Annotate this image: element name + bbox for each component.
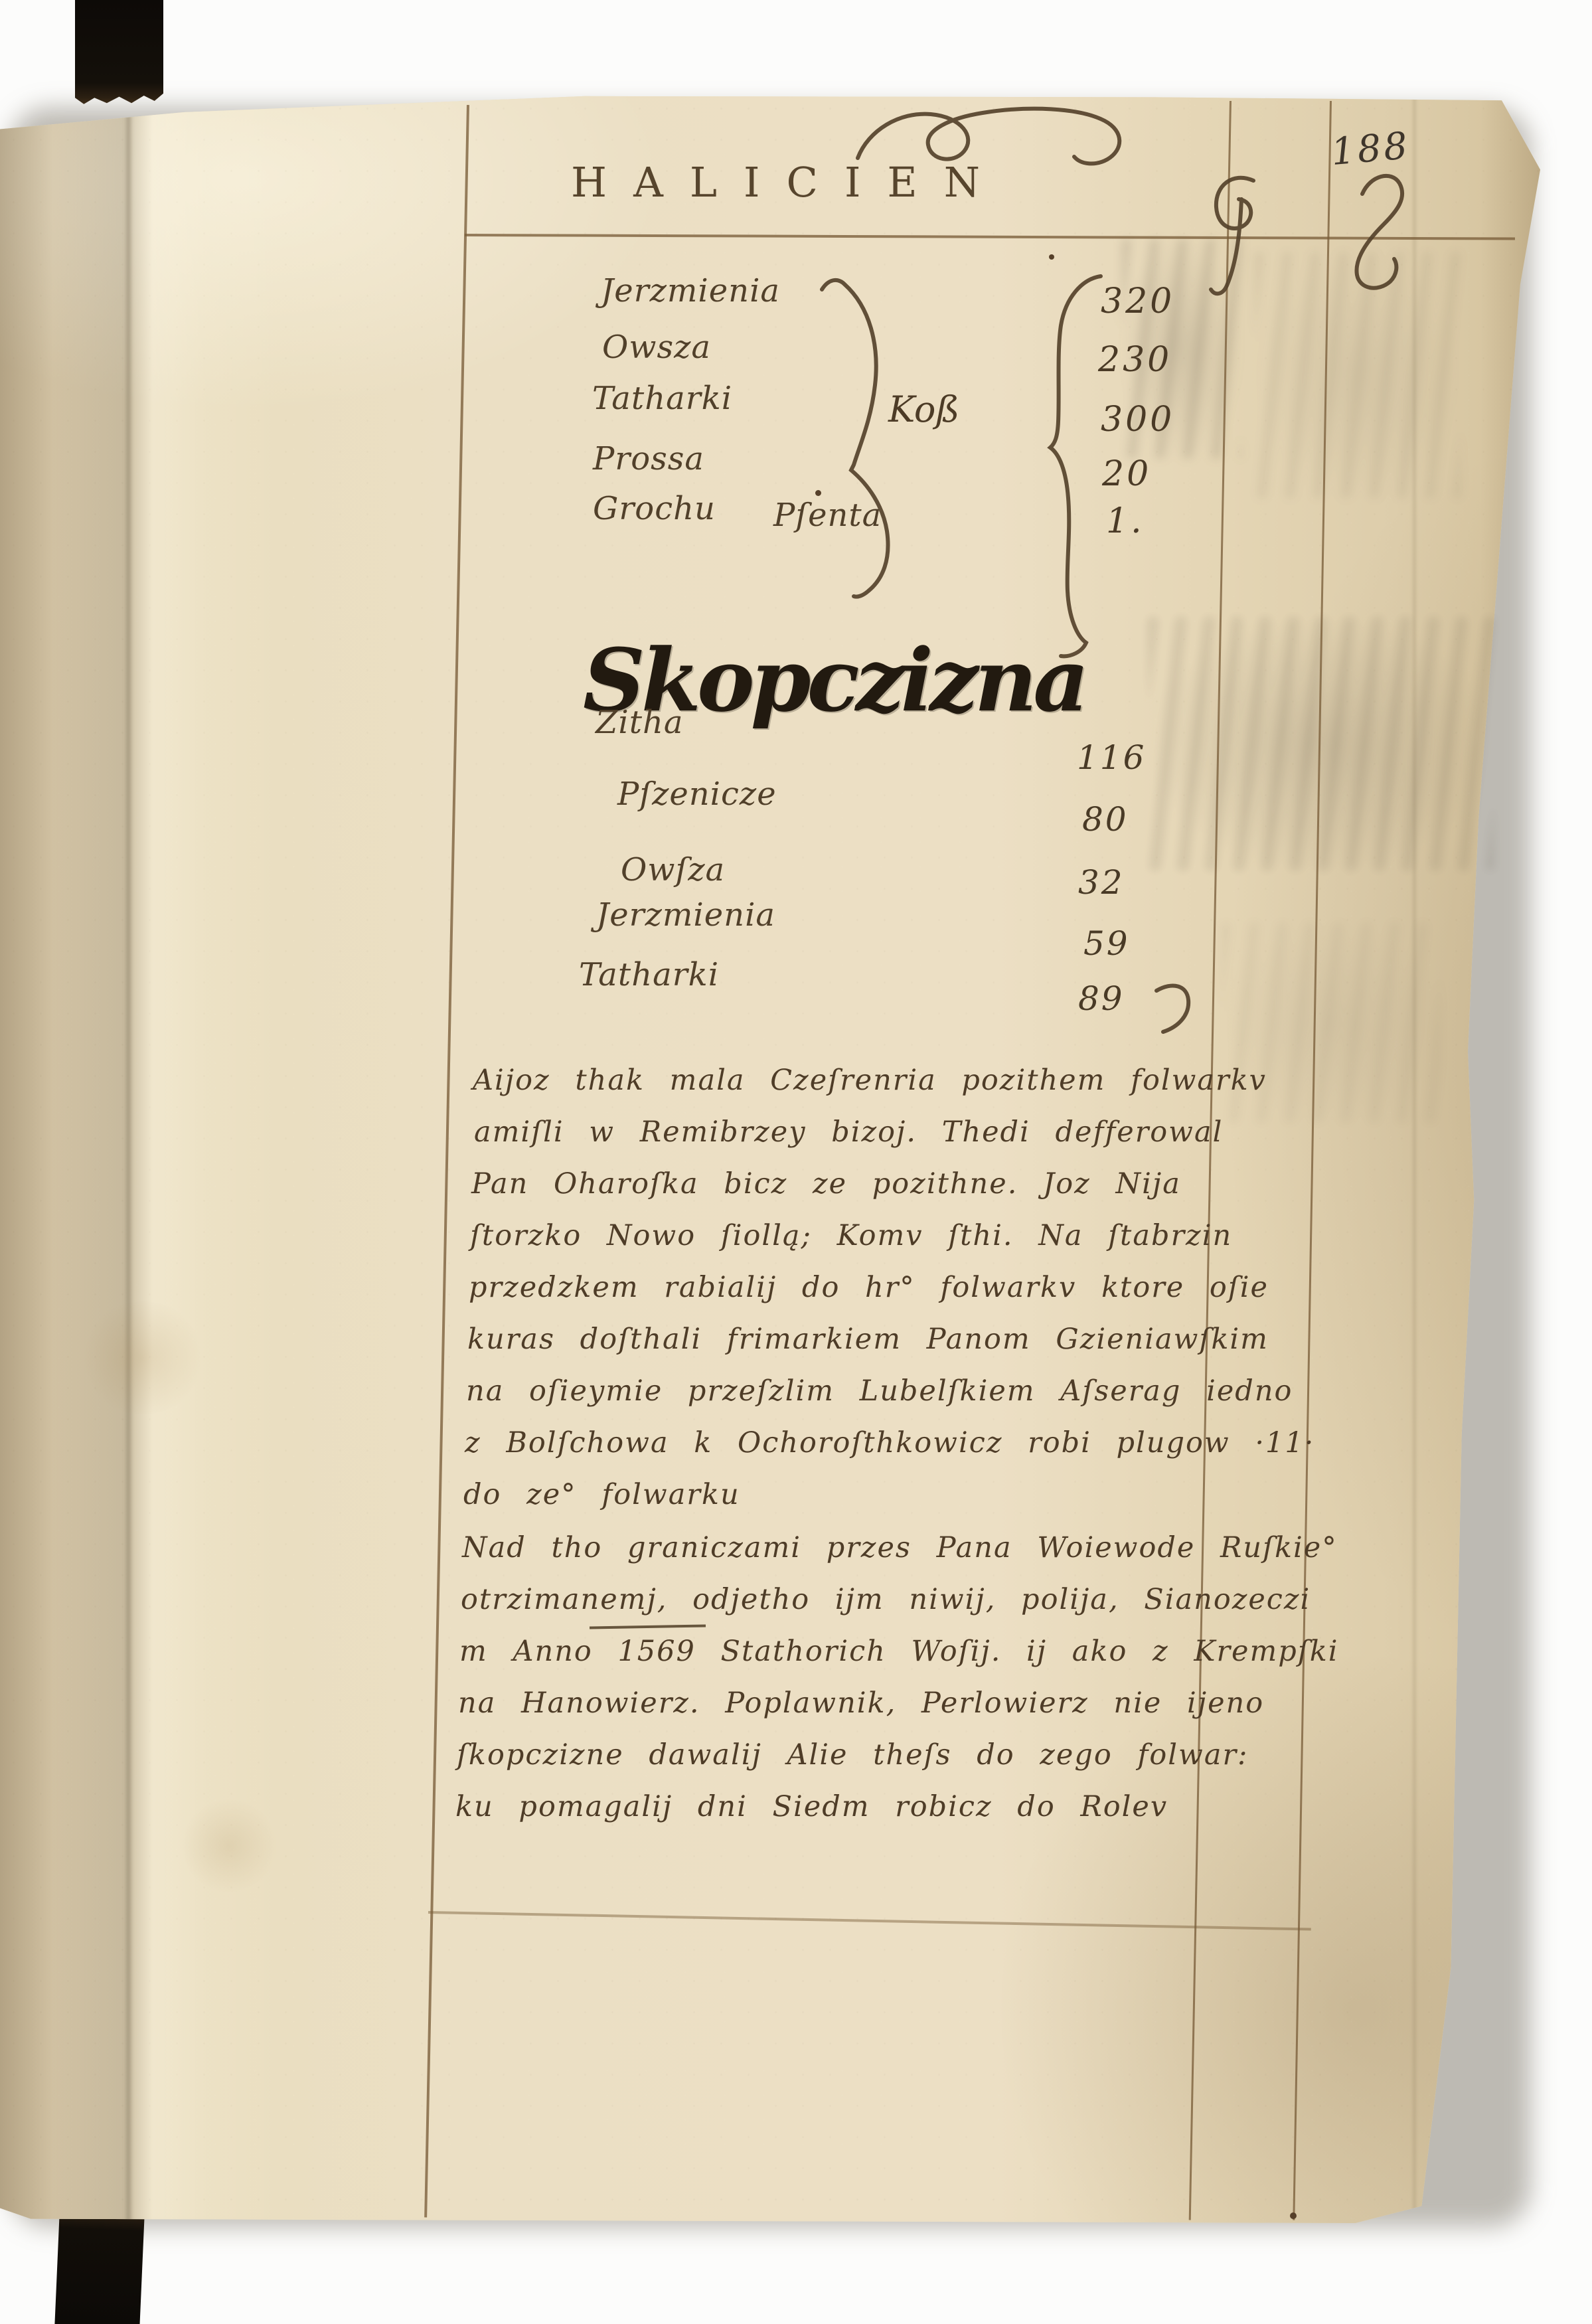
tally-item-label-2: Pſenta — [773, 497, 882, 534]
paragraph-line: Pan Oharoſka bicz ze pozithne. Joz Nija — [471, 1167, 1181, 1201]
skop-item-label: Jerzmienia — [596, 896, 775, 934]
paragraph-line: ku pomagalij dni Siedm robicz do Rolev — [455, 1790, 1168, 1823]
skop-item-label: Zitha — [596, 704, 684, 741]
bleedthrough-ghost-top-right — [1255, 252, 1461, 498]
skop-item-value: 80 — [1082, 800, 1129, 839]
tally-item-value: 1. — [1106, 501, 1145, 541]
paragraph-line: kuras doſthali frimarkiem Panom Gzieniaw… — [467, 1323, 1269, 1356]
tally-item-value: 320 — [1101, 282, 1174, 321]
tally-item-value: 300 — [1101, 400, 1174, 440]
ink-speck-tally — [815, 490, 821, 496]
gutter-crease — [126, 93, 131, 2223]
tally-item-value: 230 — [1098, 340, 1172, 380]
paragraph-line: Nad tho graniczami przes Pana Woiewode R… — [462, 1531, 1338, 1564]
tally-item-label: Owsza — [602, 329, 711, 366]
paragraph-line: do ze° folwarku — [463, 1478, 740, 1511]
skop-item-value: 59 — [1083, 924, 1130, 963]
paragraph-line: m Anno 1569 Stathorich Woſij. ij ako z K… — [459, 1635, 1339, 1668]
paragraph-line: ſtorzko Nowo ſiollą; Komv ſthi. Na ſtabr… — [470, 1219, 1232, 1252]
paragraph-line: na oſieymie przeſzlim Lubelſkiem Aſserag… — [466, 1374, 1293, 1408]
tally-unit-label: Koß — [888, 388, 959, 430]
stain-left-margin — [80, 1301, 206, 1414]
gutter-shadow — [0, 93, 279, 2223]
ink-speck-bottom — [1290, 2212, 1297, 2219]
paragraph-line: z Bolſchowa k Ochoroſthkowicz robi plugo… — [465, 1426, 1314, 1459]
paragraph-line: ſkopczizne dawalij Alie theſs do zego fo… — [457, 1738, 1249, 1772]
skop-item-label: Pſzenicze — [617, 776, 777, 813]
page-title: HALICIEN — [571, 158, 1006, 207]
stain-lower-left — [179, 1799, 279, 1892]
binding-ribbon-top — [75, 0, 163, 106]
binding-ribbon-bottom — [54, 2212, 144, 2324]
tally-item-label: Grochu — [593, 490, 716, 527]
skop-item-label: Tatharki — [579, 956, 719, 993]
tally-item-label: Tatharki — [592, 380, 732, 417]
skop-item-value: 32 — [1078, 863, 1125, 902]
skop-item-value: 116 — [1077, 738, 1146, 777]
ink-speck-numbers — [1049, 254, 1054, 260]
page-number: 188 — [1329, 124, 1411, 174]
skop-item-value: 89 — [1078, 979, 1125, 1018]
manuscript-scan: HALICIEN 188 Jerzmienia Owsza Tatharki P… — [0, 0, 1592, 2324]
paragraph-line: Aijoz thak mala Czeſrenria pozithem folw… — [473, 1064, 1267, 1097]
paragraph-line: na Hanowierz. Poplawnik, Perlowierz nie … — [458, 1687, 1264, 1720]
tally-item-label: Jerzmienia — [601, 272, 780, 309]
paragraph-line: przedzkem rabialij do hr° folwarkv ktore… — [469, 1271, 1269, 1304]
tally-item-label: Prossa — [593, 440, 704, 477]
skop-item-label: Owſza — [621, 851, 725, 888]
paragraph-line: otrzimanemj, odjetho ijm niwij, polija, … — [461, 1583, 1311, 1616]
paragraph-line: amiſli w Remibrzey bizoj. Thedi defferow… — [474, 1116, 1223, 1149]
tally-item-value: 20 — [1102, 454, 1151, 494]
